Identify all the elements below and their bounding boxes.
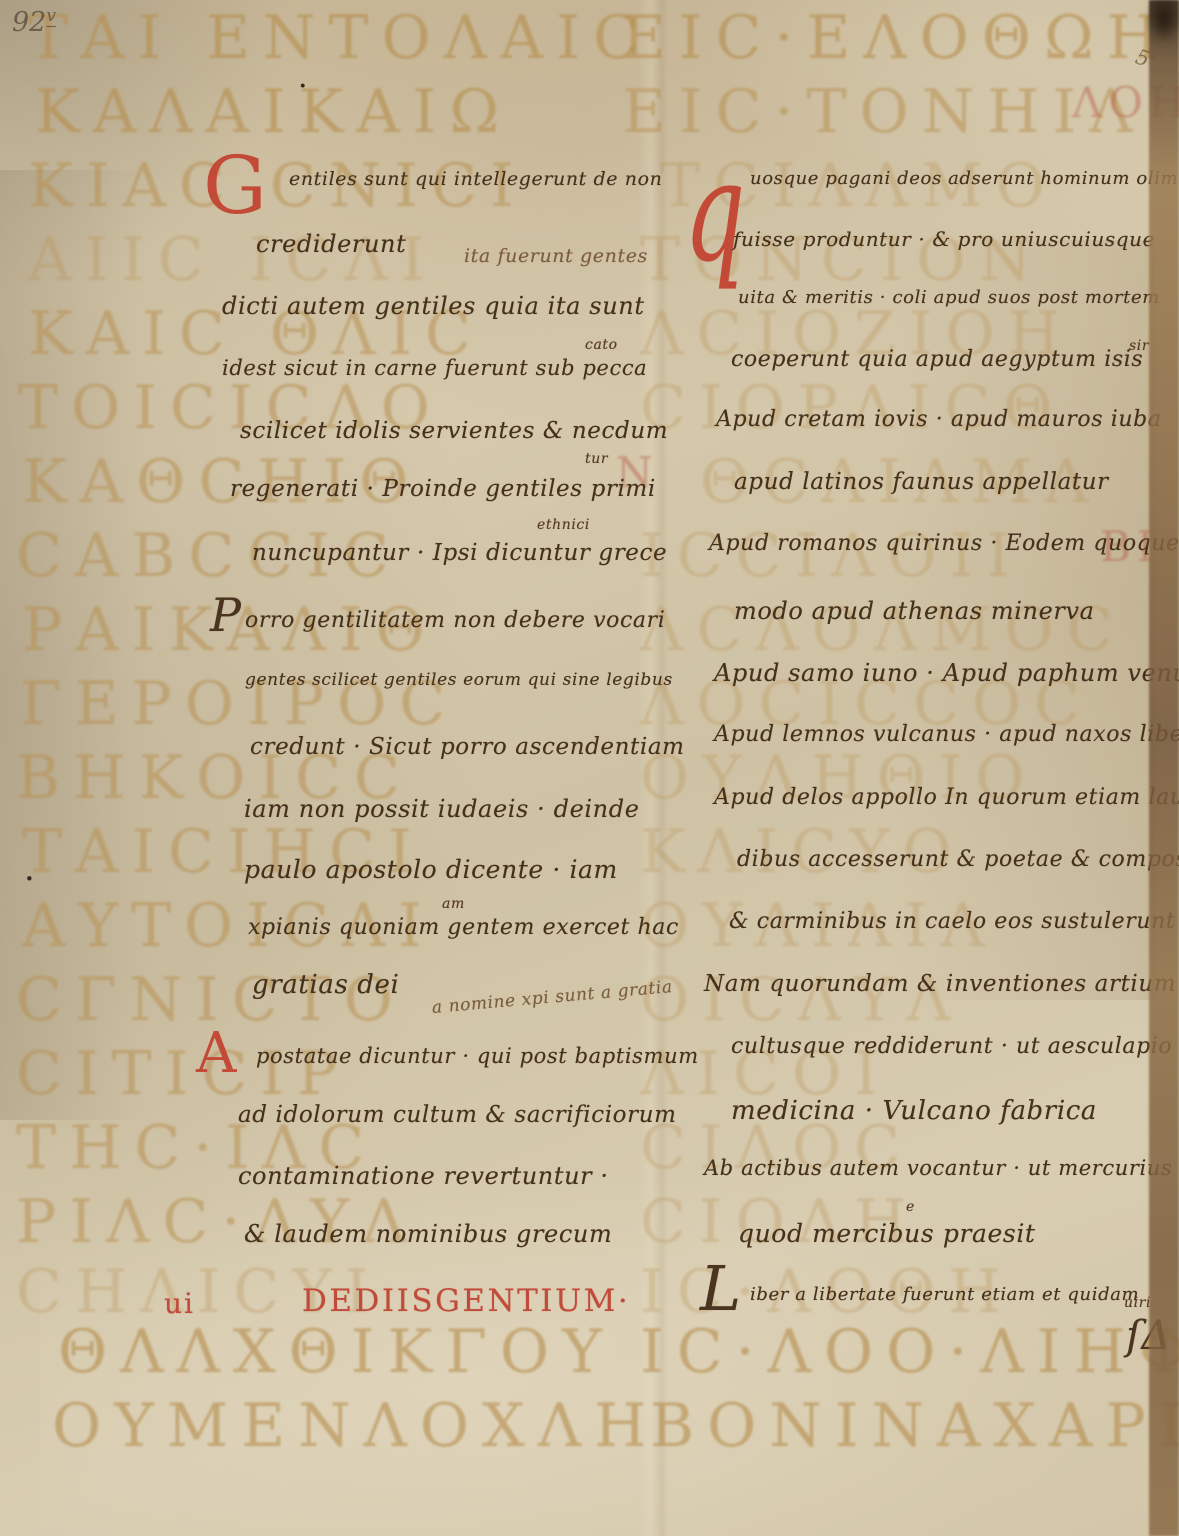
latin-text-line: orro gentilitatem non debere vocari (245, 610, 665, 632)
latin-text-line: tur (585, 452, 608, 466)
latin-text-layer: Gentiles sunt qui intellegerunt de noncr… (0, 0, 1179, 1536)
latin-text-line: Apud cretam iovis · apud mauros iuba (716, 409, 1162, 431)
latin-text-line: & carminibus in caelo eos sustulerunt (729, 911, 1175, 933)
latin-text-line: dicti autem gentiles quia ita sunt (222, 294, 645, 318)
latin-text-line: quod mercibus praesit (738, 1221, 1036, 1246)
folio-label: 92v (12, 6, 56, 38)
latin-text-line: & laudem nominibus grecum (244, 1222, 612, 1246)
initial-l: L (700, 1258, 742, 1320)
latin-text-line: modo apud athenas minerva (734, 599, 1095, 623)
latin-text-line: xpianis quoniam gentem exercet hac (248, 917, 679, 939)
latin-text-line: fuisse produntur · & pro uniuscuiusque (733, 229, 1155, 249)
latin-text-line: ita fuerunt gentes (464, 247, 648, 266)
latin-text-line: postatae dicuntur · qui post baptismum (256, 1046, 699, 1067)
latin-text-line: sir (1129, 339, 1149, 353)
latin-text-line: am (442, 897, 465, 911)
latin-text-line: coeperunt quia apud aegyptum isis (731, 349, 1143, 371)
latin-text-line: dibus accesserunt & poetae & composi (737, 849, 1179, 871)
folio-suffix: v (46, 6, 56, 27)
latin-text-line: ethnici (537, 518, 590, 532)
initial-g: G (203, 146, 267, 226)
latin-text-line: Apud delos appollo In quorum etiam lau (714, 787, 1179, 809)
latin-text-line: iam non possit iudaeis · deinde (244, 797, 640, 821)
latin-text-line: credunt · Sicut porro ascendentiam (250, 736, 685, 759)
latin-text-line: paulo apostolo dicente · iam (244, 857, 618, 882)
latin-text-line: iber a libertate fuerunt etiam et quidam (750, 1286, 1139, 1304)
latin-text-line: nuncupantur · Ipsi dicuntur grece (252, 542, 667, 565)
latin-text-line: uita & meritis · coli apud suos post mor… (738, 289, 1160, 307)
latin-text-line: gratias dei (252, 972, 399, 998)
initial-q: q (684, 142, 745, 281)
manuscript-page: ΤΑΙ ΕΝΤΟΛΑΙCΕΙC·ΕΛΟΘΩΗΚΑΛΑΙΚΑΙΩΕΙC·ΤΟΝΗΙ… (0, 0, 1179, 1536)
latin-text-line: contaminatione revertuntur · (238, 1164, 609, 1188)
ink-speck: · (298, 72, 308, 102)
page-edge-shadow (1149, 0, 1179, 1536)
initial-a: A (196, 1026, 236, 1082)
latin-text-line: idest sicut in carne fuerunt sub pecca (222, 358, 647, 379)
latin-text-line: uiri (1124, 1296, 1151, 1310)
latin-text-line: entiles sunt qui intellegerunt de non (289, 170, 663, 189)
latin-text-line: gentes scilicet gentiles eorum qui sine … (245, 672, 673, 689)
latin-text-line: Apud romanos quirinus · Eodem quoque (709, 533, 1179, 555)
latin-text-line: e (906, 1200, 915, 1214)
latin-text-line: uosque pagani deos adserunt hominum olim (750, 170, 1178, 188)
latin-text-line: medicina · Vulcano fabrica (731, 1098, 1097, 1124)
latin-text-line: ad idolorum cultum & sacrificiorum (238, 1104, 677, 1127)
latin-text-line: crediderunt (256, 232, 406, 256)
folio-number: 92 (12, 7, 46, 38)
latin-text-line: regenerati · Proinde gentiles primi (230, 478, 656, 501)
latin-text-line: scilicet idolis servientes & necdum (240, 420, 668, 443)
latin-text-line: Nam quorundam & inventiones artium (704, 973, 1176, 996)
latin-text-line: cultusque reddiderunt · ut aesculapio (731, 1036, 1172, 1058)
latin-text-line: apud latinos faunus appellatur (734, 471, 1109, 494)
latin-text-line: a nomine xpi sunt a gratia (431, 979, 673, 1017)
initial-p: P (210, 592, 242, 638)
latin-text-line: cato (585, 338, 618, 352)
latin-text-line: Apud samo iuno · Apud paphum venus (714, 661, 1179, 685)
latin-text-line: Ab actibus autem vocantur · ut mercurius (704, 1158, 1172, 1179)
ink-speck: · (24, 862, 35, 896)
rubric-title: DEDIISGENTIUM· (302, 1286, 630, 1317)
latin-text-line: Apud lemnos vulcanus · apud naxos liber (714, 724, 1179, 746)
rubric-chapter-number: ui (164, 1290, 195, 1318)
